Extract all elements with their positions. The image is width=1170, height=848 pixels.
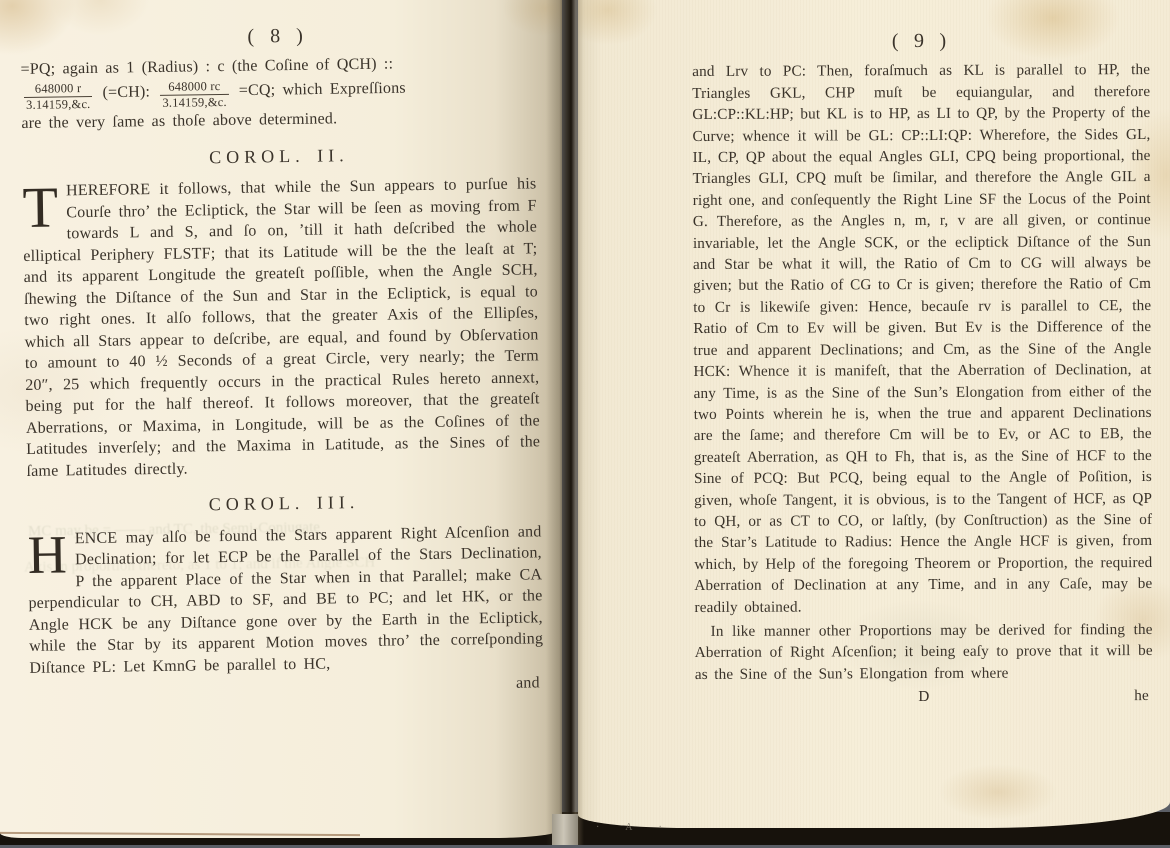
formula-text: (=CH): bbox=[102, 84, 150, 102]
signature-mark: D bbox=[695, 685, 1153, 708]
fraction-denominator: 3.14159,&c. bbox=[160, 95, 229, 110]
page-number-right: ( 9 ) bbox=[692, 30, 1150, 53]
drop-cap-h: H bbox=[27, 528, 75, 576]
left-page-text: ( 8 ) =PQ; again as 1 (Radius) : c (the … bbox=[20, 22, 544, 701]
paragraph-text: HEREFORE it follows, that while the Sun … bbox=[23, 176, 540, 480]
heading-corol-3: COROL. III. bbox=[27, 490, 541, 519]
paragraph-continuation: and Lrv to PC: Then, foraſmuch as KL is … bbox=[692, 59, 1152, 618]
paragraph-corol-2: THEREFORE it follows, that while the Sun… bbox=[22, 174, 540, 483]
catchword-right: he bbox=[1134, 685, 1149, 706]
drop-cap-t: T bbox=[22, 181, 66, 231]
fraction-numerator: 648000 rc bbox=[160, 79, 229, 95]
fraction: 648000 rc3.14159,&c. bbox=[160, 79, 229, 110]
formula-text: =PQ; again as 1 (Radius) : c (the Coſine… bbox=[20, 55, 393, 78]
paragraph-corol-3: HENCE may alſo be found the Stars appare… bbox=[27, 521, 543, 679]
book-gutter-foot bbox=[552, 814, 578, 845]
edge-marks-text: · A · bbox=[596, 822, 674, 833]
formula-text: are the very ſame as thoſe above determi… bbox=[21, 110, 337, 132]
fraction: 648000 r3.14159,&c. bbox=[24, 81, 93, 112]
formula-text: =CQ; which Expreſſions bbox=[239, 80, 406, 99]
formula-line-2: 648000 r3.14159,&c. (=CH): 648000 rc3.14… bbox=[21, 75, 535, 112]
paragraph-like-manner: In like manner other Proportions may be … bbox=[695, 619, 1153, 685]
fraction-denominator: 3.14159,&c. bbox=[24, 97, 93, 112]
signature-row: D he bbox=[695, 685, 1153, 709]
right-page-text: ( 9 ) and Lrv to PC: Then, foraſmuch as … bbox=[692, 30, 1153, 709]
fraction-numerator: 648000 r bbox=[24, 81, 93, 97]
paragraph-text: ENCE may alſo be found the Stars apparen… bbox=[28, 523, 543, 677]
book-photo: { "left_page": { "page_number": "( 8 )",… bbox=[0, 0, 1170, 848]
heading-corol-2: COROL. II. bbox=[22, 142, 536, 171]
